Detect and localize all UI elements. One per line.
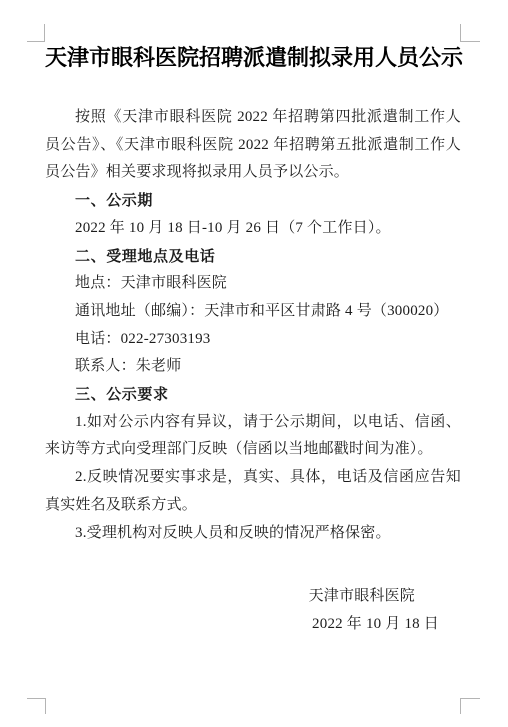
document-body: 按照《天津市眼科医院 2022 年招聘第四批派遣制工作人员公告》、《天津市眼科医… — [45, 104, 461, 639]
signature-organization: 天津市眼科医院 — [45, 583, 461, 611]
intro-paragraph: 按照《天津市眼科医院 2022 年招聘第四批派遣制工作人员公告》、《天津市眼科医… — [45, 104, 461, 187]
crop-mark-top-right — [460, 24, 480, 42]
publicity-period-text: 2022 年 10 月 18 日-10 月 26 日（7 个工作日）。 — [45, 215, 461, 243]
crop-mark-bottom-left — [27, 698, 46, 714]
contact-line: 联系人：朱老师 — [45, 353, 461, 381]
document-title: 天津市眼科医院招聘派遣制拟录用人员公示 — [45, 42, 461, 74]
heading-publicity-period: 一、公示期 — [45, 187, 461, 215]
document-page: 天津市眼科医院招聘派遣制拟录用人员公示 按照《天津市眼科医院 2022 年招聘第… — [0, 0, 508, 727]
heading-requirements: 三、公示要求 — [45, 381, 461, 409]
signature-date: 2022 年 10 月 18 日 — [45, 611, 461, 639]
phone-line: 电话：022-27303193 — [45, 326, 461, 354]
requirement-item-1: 1.如对公示内容有异议，请于公示期间，以电话、信函、来访等方式向受理部门反映（信… — [45, 409, 461, 464]
heading-location-phone: 二、受理地点及电话 — [45, 243, 461, 271]
address-line: 通讯地址（邮编）：天津市和平区甘肃路 4 号（300020） — [45, 298, 461, 326]
location-line: 地点：天津市眼科医院 — [45, 270, 461, 298]
requirement-item-2: 2.反映情况要实事求是，真实、具体，电话及信函应告知真实姓名及联系方式。 — [45, 464, 461, 519]
crop-mark-top-left — [27, 24, 45, 42]
crop-mark-bottom-right — [460, 698, 480, 714]
requirement-item-3: 3.受理机构对反映人员和反映的情况严格保密。 — [45, 520, 461, 548]
signature-spacer — [45, 547, 461, 583]
